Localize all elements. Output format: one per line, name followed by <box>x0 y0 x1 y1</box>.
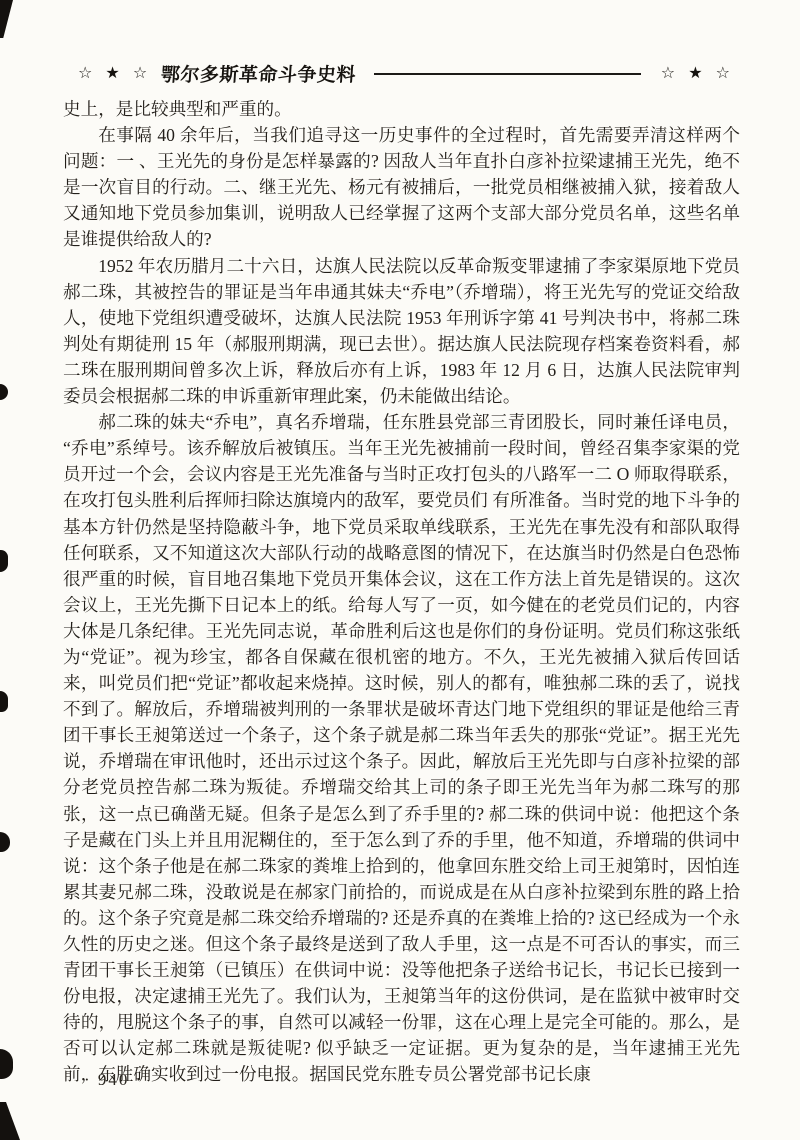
scan-artifact-mark <box>0 691 8 712</box>
page-header: ☆ ★ ☆ 鄂尔多斯革命斗争史料 ☆ ★ ☆ <box>78 58 734 88</box>
body-paragraph-continuation: 史上，是比较典型和严重的。 <box>63 96 740 122</box>
body-paragraph: 郝二珠的妹夫“乔电”，真名乔增瑞，任东胜县党部三青团股长，同时兼任译电员，“乔电… <box>63 409 740 1087</box>
scan-artifact-mark <box>0 832 10 852</box>
scanned-book-page: ☆ ★ ☆ 鄂尔多斯革命斗争史料 ☆ ★ ☆ 史上，是比较典型和严重的。 在事隔… <box>0 0 800 1140</box>
scan-artifact-mark <box>0 384 8 400</box>
header-divider-rule <box>374 73 641 75</box>
scan-artifact-mark <box>0 1049 13 1079</box>
scan-artifact-mark <box>0 1102 20 1140</box>
page-number: · 940 · <box>84 1070 143 1090</box>
star-ornament-left-icon: ☆ ★ ☆ <box>78 65 151 81</box>
scan-artifact-mark <box>0 550 8 572</box>
book-series-title: 鄂尔多斯革命斗争史料 <box>160 60 357 87</box>
body-paragraph: 在事隔 40 余年后，当我们追寻这一历史事件的全过程时，首先需要弄清这样两个问题… <box>63 122 740 252</box>
page-body-text: 史上，是比较典型和严重的。 在事隔 40 余年后，当我们追寻这一历史事件的全过程… <box>63 96 740 1088</box>
body-paragraph: 1952 年农历腊月二十六日，达旗人民法院以反革命叛变罪逮捕了李家渠原地下党员郝… <box>63 253 740 410</box>
star-ornament-right-icon: ☆ ★ ☆ <box>661 65 734 81</box>
scan-artifact-mark <box>0 0 13 38</box>
